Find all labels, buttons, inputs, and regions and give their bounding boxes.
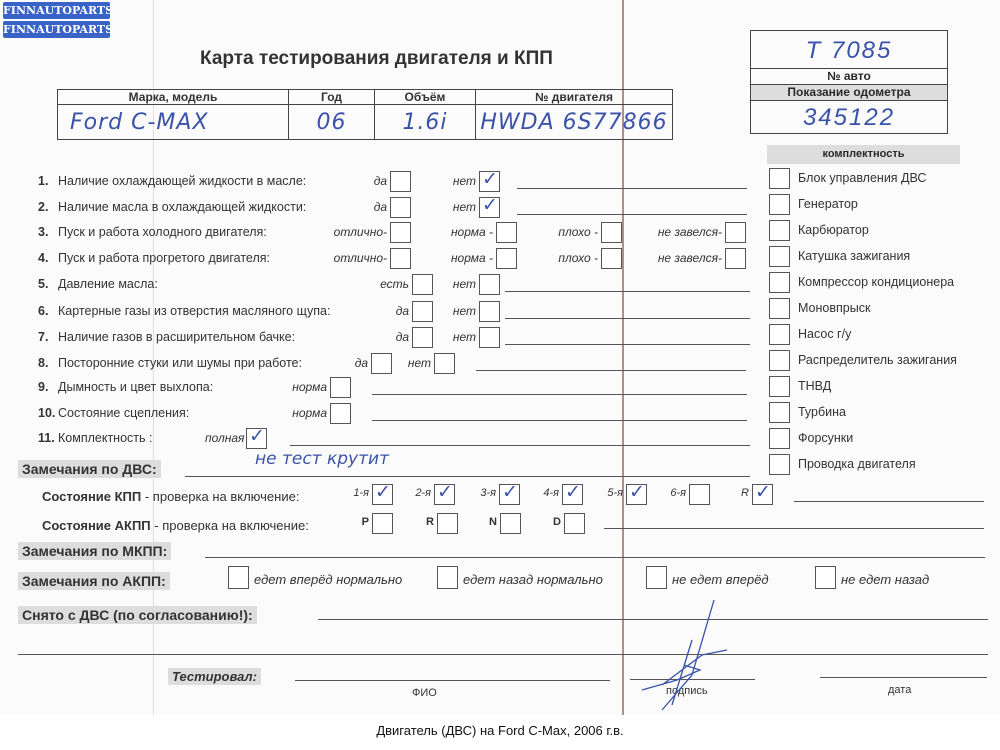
completeness-label: Форсунки bbox=[798, 431, 853, 445]
note-line bbox=[505, 291, 750, 292]
engine-remarks-label: Замечания по ДВС: bbox=[18, 460, 161, 478]
check-question: 7.Наличие газов в расширительном бачке: bbox=[38, 330, 295, 344]
tested-by-label: Тестировал: bbox=[168, 668, 261, 685]
vehicle-header-table: Марка, модель Год Объём № двигателя Ford… bbox=[57, 89, 673, 140]
option-label: нет bbox=[440, 330, 476, 344]
check-question: 10.Состояние сцепления: bbox=[38, 406, 189, 420]
akpp-option-label: не едет назад bbox=[841, 572, 929, 587]
completeness-checkbox[interactable] bbox=[769, 194, 790, 215]
checkmark-icon: ✓ bbox=[482, 168, 498, 190]
option-checkbox[interactable] bbox=[412, 327, 433, 348]
completeness-label: Генератор bbox=[798, 197, 858, 211]
completeness-label: Распределитель зажигания bbox=[798, 353, 957, 367]
gear-checkbox[interactable]: ✓ bbox=[372, 484, 393, 505]
mkpp-remarks-line bbox=[205, 557, 985, 558]
akpp-option-label: едет назад нормально bbox=[463, 572, 603, 587]
option-checkbox[interactable] bbox=[330, 403, 351, 424]
date-label: дата bbox=[888, 684, 911, 696]
gear-checkbox[interactable]: ✓ bbox=[752, 484, 773, 505]
completeness-label: ТНВД bbox=[798, 379, 831, 393]
gear-label: R bbox=[397, 516, 434, 528]
option-checkbox[interactable] bbox=[390, 197, 411, 218]
check-question: 8.Посторонние стуки или шумы при работе: bbox=[38, 356, 302, 370]
signature-scribble bbox=[622, 595, 732, 715]
gear-label: 1-я bbox=[332, 487, 369, 499]
note-line bbox=[517, 214, 747, 215]
gear-label: P bbox=[332, 516, 369, 528]
col-volume: Объём bbox=[375, 90, 476, 105]
completeness-header: комплектность bbox=[767, 145, 960, 164]
checkmark-icon: ✓ bbox=[437, 481, 453, 503]
akpp-checkbox[interactable] bbox=[815, 566, 836, 589]
completeness-label: Проводка двигателя bbox=[798, 457, 916, 471]
completeness-checkbox[interactable] bbox=[769, 272, 790, 293]
gear-checkbox[interactable] bbox=[372, 513, 393, 534]
gear-checkbox[interactable] bbox=[689, 484, 710, 505]
note-line bbox=[372, 420, 747, 421]
engine-remarks-line bbox=[185, 476, 750, 477]
option-checkbox[interactable] bbox=[496, 222, 517, 243]
option-label: норма - bbox=[445, 251, 493, 265]
gear-label: N bbox=[460, 516, 497, 528]
date-line bbox=[820, 677, 987, 678]
option-label: отлично- bbox=[300, 225, 387, 239]
option-checkbox[interactable] bbox=[479, 274, 500, 295]
gear-label: 5-я bbox=[586, 487, 623, 499]
option-label: нет bbox=[400, 356, 431, 370]
completeness-label: Катушка зажигания bbox=[798, 249, 910, 263]
engine-remarks-handwritten: не тест крутит bbox=[255, 449, 389, 469]
checkmark-icon: ✓ bbox=[755, 481, 771, 503]
auto-number-value: T 7085 bbox=[751, 31, 947, 69]
odometer-value: 345122 bbox=[751, 101, 947, 133]
option-checkbox[interactable] bbox=[434, 353, 455, 374]
gear-label: R bbox=[712, 487, 749, 499]
akpp-option-label: едет вперёд нормально bbox=[254, 572, 402, 587]
odometer-label: Показание одометра bbox=[751, 85, 947, 101]
note-line bbox=[517, 188, 747, 189]
option-checkbox[interactable] bbox=[725, 222, 746, 243]
gear-label: 4-я bbox=[522, 487, 559, 499]
auto-number-label: № авто bbox=[751, 69, 947, 85]
completeness-label: Моновпрыск bbox=[798, 301, 870, 315]
completeness-checkbox[interactable] bbox=[769, 298, 790, 319]
make-model-value: Ford C-MAX bbox=[58, 105, 289, 140]
manual-gearbox-line bbox=[794, 501, 984, 502]
option-checkbox[interactable] bbox=[479, 301, 500, 322]
col-engine-number: № двигателя bbox=[476, 90, 673, 105]
auto-gearbox-label: Состояние АКПП - проверка на включение: bbox=[42, 518, 309, 533]
gear-checkbox[interactable]: ✓ bbox=[434, 484, 455, 505]
checkmark-icon: ✓ bbox=[629, 481, 645, 503]
gear-label: 2-я bbox=[394, 487, 431, 499]
col-year: Год bbox=[289, 90, 375, 105]
completeness-checkbox[interactable] bbox=[769, 324, 790, 345]
option-label: не завелся- bbox=[650, 251, 722, 265]
note-line bbox=[372, 394, 747, 395]
completeness-checkbox[interactable] bbox=[769, 376, 790, 397]
check-question: 1.Наличие охлаждающей жидкости в масле: bbox=[38, 174, 306, 188]
option-checkbox[interactable] bbox=[412, 301, 433, 322]
option-label: плохо - bbox=[548, 225, 598, 239]
gear-checkbox[interactable] bbox=[437, 513, 458, 534]
option-checkbox[interactable] bbox=[601, 248, 622, 269]
check-question: 6.Картерные газы из отверстия масляного … bbox=[38, 304, 330, 318]
completeness-checkbox[interactable] bbox=[769, 454, 790, 475]
note-line bbox=[505, 318, 750, 319]
completeness-label: Карбюратор bbox=[798, 223, 869, 237]
option-checkbox[interactable]: ✓ bbox=[479, 197, 500, 218]
option-label: норма bbox=[270, 406, 327, 420]
checkmark-icon: ✓ bbox=[502, 481, 518, 503]
volume-value: 1.6i bbox=[375, 105, 476, 140]
option-checkbox[interactable] bbox=[725, 248, 746, 269]
option-label: есть bbox=[370, 277, 409, 291]
note-line bbox=[290, 445, 750, 446]
option-label: нет bbox=[440, 277, 476, 291]
option-label: да bbox=[358, 200, 387, 214]
option-checkbox[interactable] bbox=[496, 248, 517, 269]
check-question: 3.Пуск и работа холодного двигателя: bbox=[38, 225, 267, 239]
note-line bbox=[505, 344, 750, 345]
completeness-checkbox[interactable] bbox=[769, 168, 790, 189]
option-checkbox[interactable]: ✓ bbox=[479, 171, 500, 192]
gear-checkbox[interactable] bbox=[564, 513, 585, 534]
gear-checkbox[interactable]: ✓ bbox=[499, 484, 520, 505]
option-label: нет bbox=[440, 304, 476, 318]
check-question: 4.Пуск и работа прогретого двигателя: bbox=[38, 251, 270, 265]
option-checkbox[interactable] bbox=[390, 222, 411, 243]
completeness-label: Турбина bbox=[798, 405, 846, 419]
manual-gearbox-label: Состояние КПП - проверка на включение: bbox=[42, 489, 299, 504]
page-title: Карта тестирования двигателя и КПП bbox=[200, 48, 553, 70]
completeness-label: Компрессор кондиционера bbox=[798, 275, 954, 289]
completeness-checkbox[interactable] bbox=[769, 246, 790, 267]
option-label: не завелся- bbox=[650, 225, 722, 239]
removed-line-2 bbox=[18, 654, 988, 655]
note-line bbox=[476, 370, 746, 371]
akpp-option-label: не едет вперёд bbox=[672, 572, 769, 587]
akpp-remarks-label: Замечания по АКПП: bbox=[18, 572, 170, 590]
mkpp-remarks-label: Замечания по МКПП: bbox=[18, 542, 171, 560]
year-value: 06 bbox=[289, 105, 375, 140]
option-label: да bbox=[358, 174, 387, 188]
gear-label: 6-я bbox=[649, 487, 686, 499]
auto-gearbox-line bbox=[604, 528, 984, 529]
checkmark-icon: ✓ bbox=[375, 481, 391, 503]
option-checkbox[interactable]: ✓ bbox=[246, 428, 267, 449]
option-label: да bbox=[370, 330, 409, 344]
option-label: норма - bbox=[445, 225, 493, 239]
completeness-label: Блок управления ДВС bbox=[798, 171, 926, 185]
check-question: 2.Наличие масла в охлаждающей жидкости: bbox=[38, 200, 306, 214]
gear-checkbox[interactable] bbox=[500, 513, 521, 534]
fio-label: ФИО bbox=[412, 687, 437, 699]
option-checkbox[interactable] bbox=[601, 222, 622, 243]
watermark-logo: FINNAUTOPARTS bbox=[3, 2, 110, 19]
completeness-checkbox[interactable] bbox=[769, 350, 790, 371]
option-label: нет bbox=[440, 200, 476, 214]
check-question: 5.Давление масла: bbox=[38, 277, 158, 291]
option-label: да bbox=[325, 356, 368, 370]
option-checkbox[interactable] bbox=[390, 248, 411, 269]
completeness-checkbox[interactable] bbox=[769, 220, 790, 241]
akpp-checkbox[interactable] bbox=[646, 566, 667, 589]
check-question: 11.Комплектность : bbox=[38, 431, 152, 445]
option-checkbox[interactable] bbox=[330, 377, 351, 398]
option-checkbox[interactable] bbox=[371, 353, 392, 374]
checkmark-icon: ✓ bbox=[565, 481, 581, 503]
completeness-label: Насос г/у bbox=[798, 327, 851, 341]
option-checkbox[interactable] bbox=[412, 274, 433, 295]
fio-line bbox=[295, 680, 610, 681]
option-checkbox[interactable] bbox=[479, 327, 500, 348]
auto-box: T 7085 № авто Показание одометра 345122 bbox=[750, 30, 948, 134]
option-checkbox[interactable] bbox=[390, 171, 411, 192]
option-label: плохо - bbox=[548, 251, 598, 265]
completeness-checkbox[interactable] bbox=[769, 402, 790, 423]
col-make-model: Марка, модель bbox=[58, 90, 289, 105]
checkmark-icon: ✓ bbox=[249, 425, 265, 447]
engine-number-value: HWDA 6S77866 bbox=[476, 105, 673, 140]
akpp-checkbox[interactable] bbox=[437, 566, 458, 589]
removed-label: Снято с ДВС (по согласованию!): bbox=[18, 606, 257, 624]
check-question: 9.Дымность и цвет выхлопа: bbox=[38, 380, 213, 394]
gear-checkbox[interactable]: ✓ bbox=[626, 484, 647, 505]
gear-label: 3-я bbox=[459, 487, 496, 499]
watermark-logo: FINNAUTOPARTS bbox=[3, 21, 110, 38]
option-label: нет bbox=[440, 174, 476, 188]
completeness-checkbox[interactable] bbox=[769, 428, 790, 449]
option-label: полная bbox=[205, 431, 243, 445]
gear-label: D bbox=[524, 516, 561, 528]
option-label: отлично- bbox=[300, 251, 387, 265]
gear-checkbox[interactable]: ✓ bbox=[562, 484, 583, 505]
option-label: норма bbox=[270, 380, 327, 394]
akpp-checkbox[interactable] bbox=[228, 566, 249, 589]
checkmark-icon: ✓ bbox=[482, 194, 498, 216]
image-caption: Двигатель (ДВС) на Ford C-Max, 2006 г.в. bbox=[0, 723, 1000, 738]
option-label: да bbox=[370, 304, 409, 318]
